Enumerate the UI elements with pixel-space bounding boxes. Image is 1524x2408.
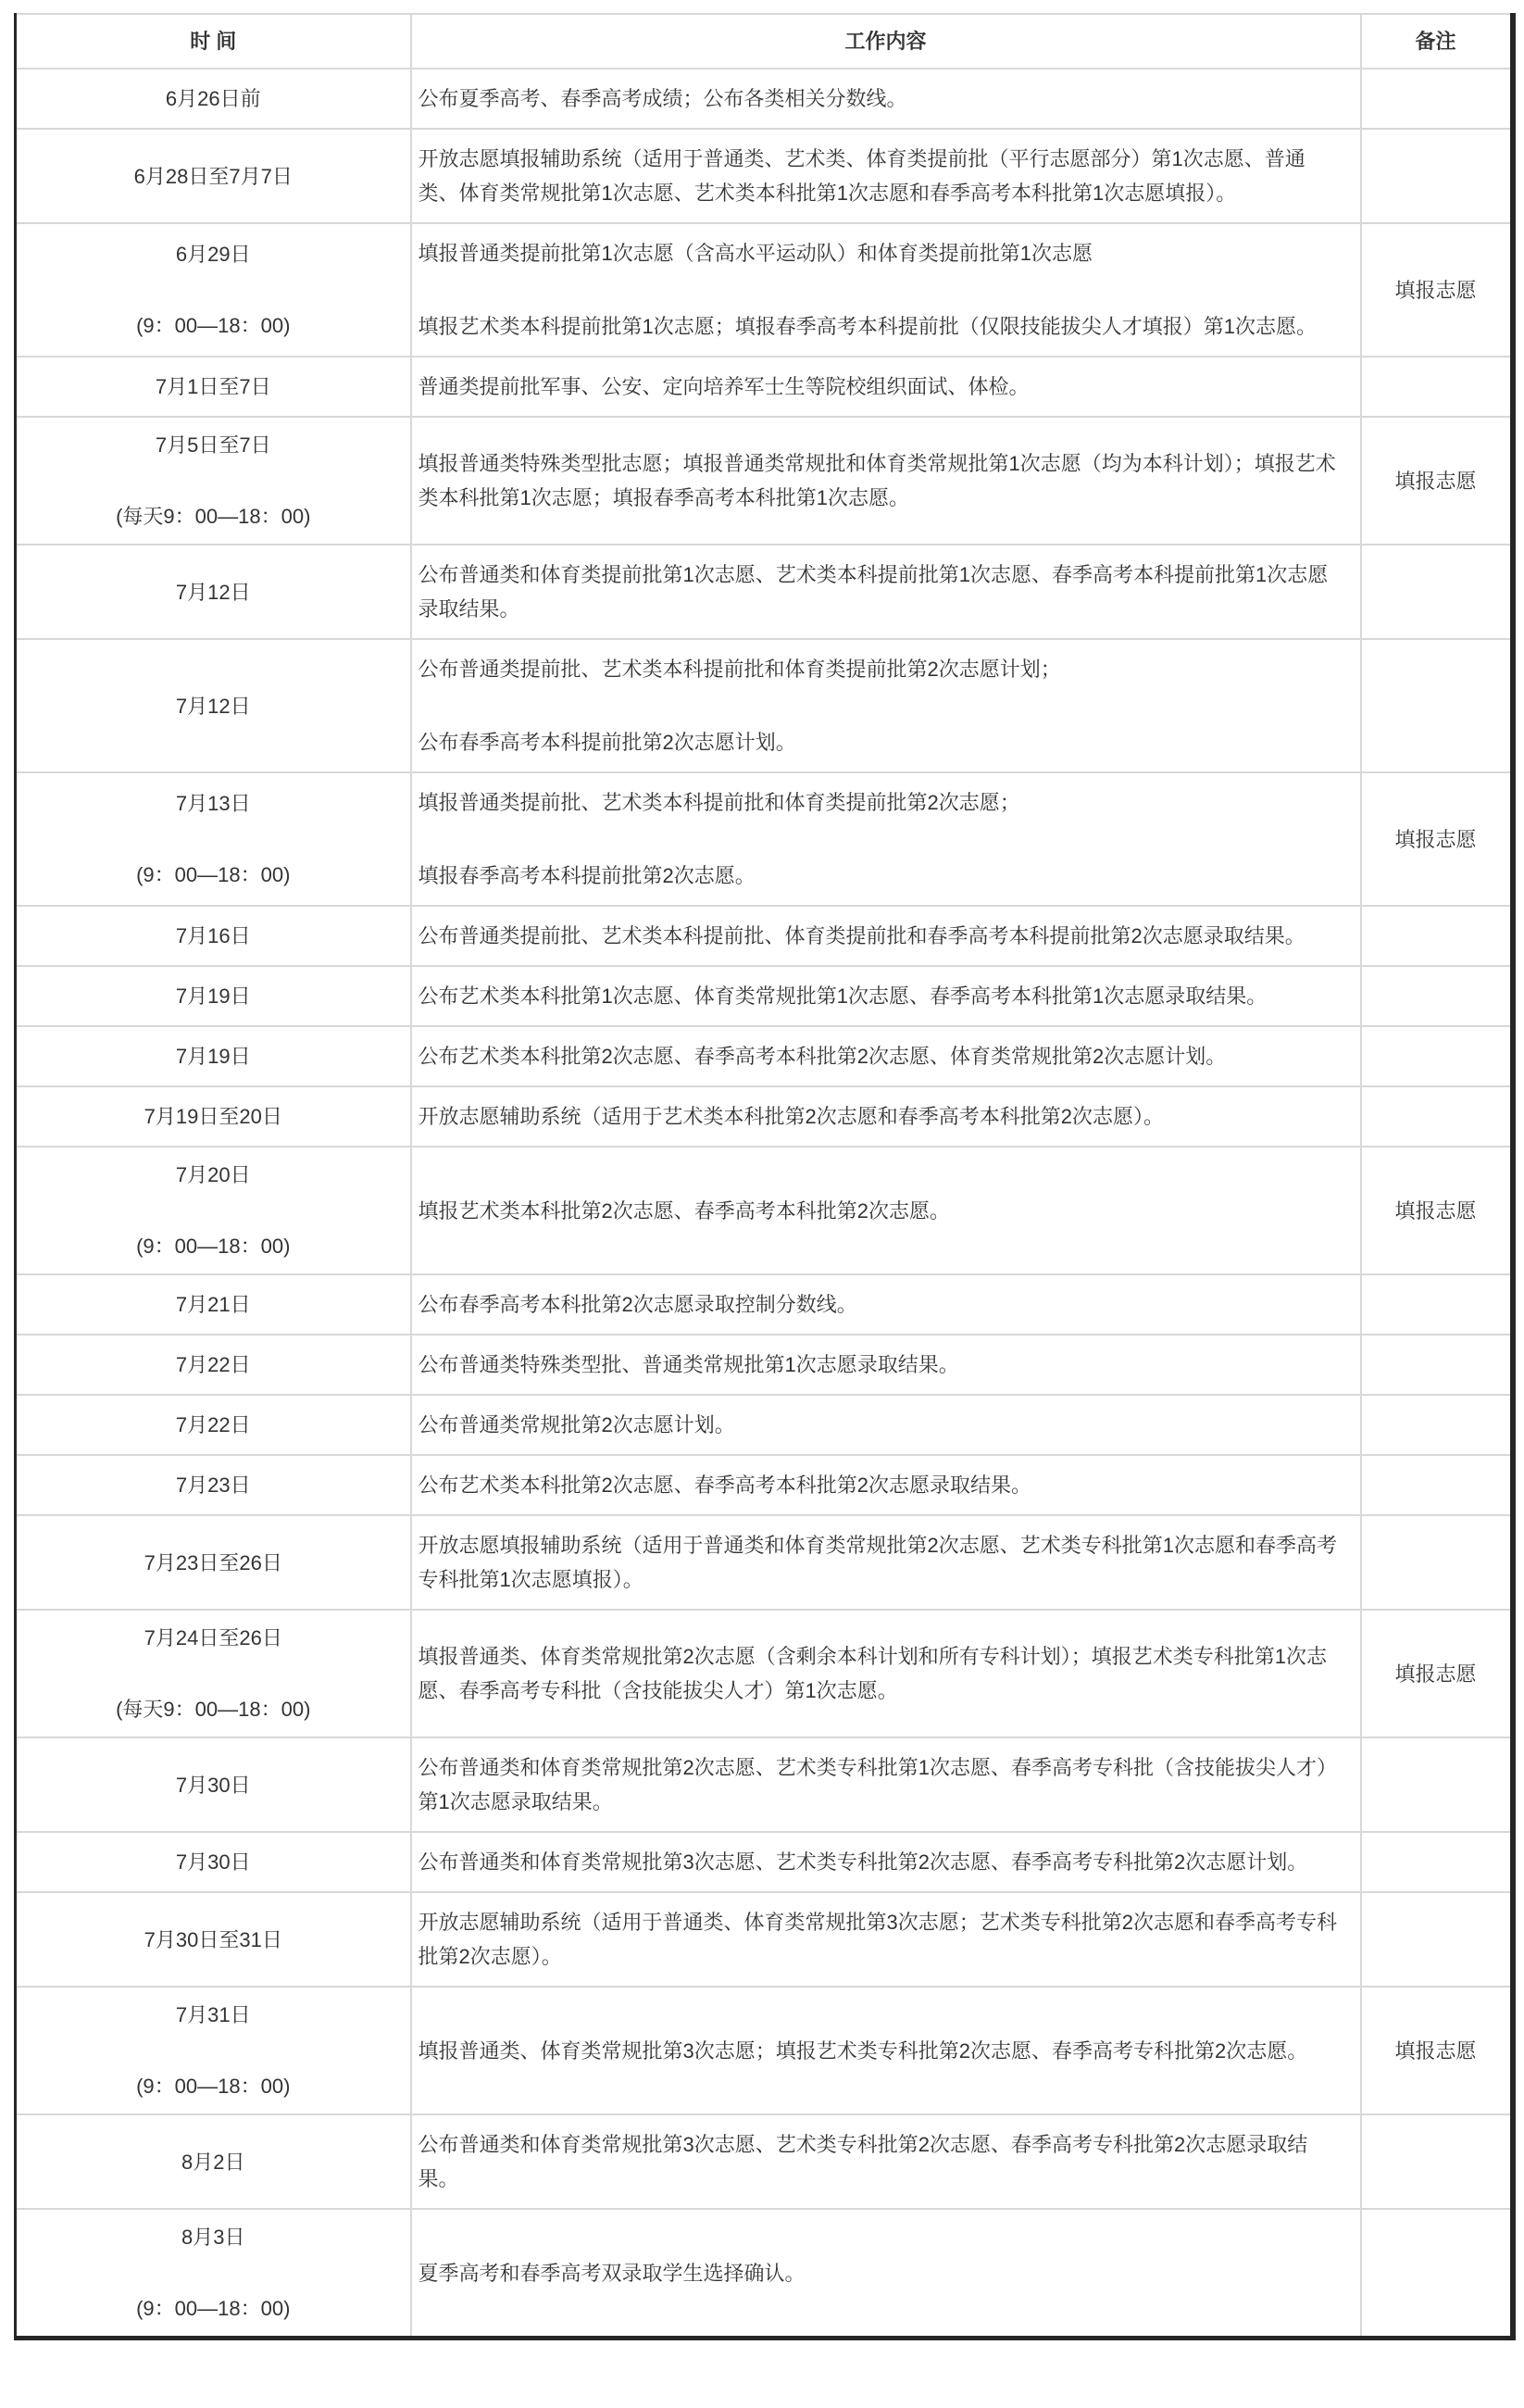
work-content-paragraph: 填报普通类提前批第1次志愿（含高水平运动队）和体育类提前批第1次志愿	[418, 236, 1338, 270]
work-content-cell: 公布普通类和体育类常规批第2次志愿、艺术类专科批第1次志愿、春季高考专科批（含技…	[411, 1737, 1361, 1832]
remark-cell	[1361, 545, 1513, 639]
work-content-paragraph: 公布普通类提前批、艺术类本科提前批和体育类提前批第2次志愿计划；	[418, 652, 1338, 686]
time-cell: 7月22日	[16, 1395, 411, 1455]
remark-cell	[1361, 1455, 1513, 1515]
time-text: 7月22日	[26, 1408, 401, 1442]
time-text: 7月24日至26日	[26, 1621, 401, 1655]
header-content: 工作内容	[411, 14, 1361, 69]
time-text: 7月13日	[26, 786, 401, 821]
time-cell: 7月21日	[16, 1274, 411, 1335]
work-content-paragraph: 填报艺术类本科批第2次志愿、春季高考本科批第2次志愿。	[418, 1194, 1338, 1228]
remark-cell	[1361, 1892, 1513, 1987]
table-row: 6月29日(9：00—18：00)填报普通类提前批第1次志愿（含高水平运动队）和…	[16, 223, 1513, 357]
work-content-cell: 普通类提前批军事、公安、定向培养军士生等院校组织面试、体检。	[411, 357, 1361, 417]
time-cell: 7月30日	[16, 1832, 411, 1892]
work-content-paragraph: 填报普通类特殊类型批志愿；填报普通类常规批和体育类常规批第1次志愿（均为本科计划…	[418, 446, 1338, 515]
time-cell: 7月30日至31日	[16, 1892, 411, 1987]
time-text: 7月16日	[26, 919, 401, 953]
time-cell: 7月20日(9：00—18：00)	[16, 1147, 411, 1274]
remark-text: 填报志愿	[1371, 1657, 1501, 1691]
remark-cell	[1361, 2209, 1513, 2339]
time-cell: 7月31日(9：00—18：00)	[16, 1987, 411, 2114]
work-content-cell: 公布艺术类本科批第2次志愿、春季高考本科批第2次志愿录取结果。	[411, 1455, 1361, 1515]
remark-cell: 填报志愿	[1361, 223, 1513, 357]
time-cell: 7月1日至7日	[16, 357, 411, 417]
work-content-cell: 填报普通类、体育类常规批第3次志愿；填报艺术类专科批第2次志愿、春季高考专科批第…	[411, 1987, 1361, 2114]
time-text: 7月19日	[26, 979, 401, 1013]
remark-cell	[1361, 2114, 1513, 2209]
work-content-cell: 公布艺术类本科批第1次志愿、体育类常规批第1次志愿、春季高考本科批第1次志愿录取…	[411, 966, 1361, 1026]
table-row: 7月13日(9：00—18：00)填报普通类提前批、艺术类本科提前批和体育类提前…	[16, 772, 1513, 906]
time-text: 7月1日至7日	[26, 370, 401, 404]
work-content-paragraph: 公布普通类和体育类提前批第1次志愿、艺术类本科提前批第1次志愿、春季高考本科提前…	[418, 558, 1338, 626]
remark-text: 填报志愿	[1371, 1194, 1501, 1228]
work-content-cell: 公布普通类和体育类提前批第1次志愿、艺术类本科提前批第1次志愿、春季高考本科提前…	[411, 545, 1361, 639]
time-cell: 7月30日	[16, 1737, 411, 1832]
table-row: 7月12日公布普通类提前批、艺术类本科提前批和体育类提前批第2次志愿计划；公布春…	[16, 639, 1513, 772]
work-content-paragraph: 公布普通类和体育类常规批第2次志愿、艺术类专科批第1次志愿、春季高考专科批（含技…	[418, 1750, 1338, 1819]
remark-cell	[1361, 357, 1513, 417]
work-content-paragraph: 开放志愿填报辅助系统（适用于普通类、艺术类、体育类提前批（平行志愿部分）第1次志…	[418, 142, 1338, 210]
time-text: 7月12日	[26, 689, 401, 723]
remark-cell	[1361, 1737, 1513, 1832]
work-content-cell: 夏季高考和春季高考双录取学生选择确认。	[411, 2209, 1361, 2339]
time-text: (9：00—18：00)	[26, 308, 401, 343]
time-text: 7月19日至20日	[26, 1099, 401, 1134]
work-content-paragraph: 填报普通类、体育类常规批第3次志愿；填报艺术类专科批第2次志愿、春季高考专科批第…	[418, 2034, 1338, 2068]
work-content-cell: 公布夏季高考、春季高考成绩；公布各类相关分数线。	[411, 69, 1361, 129]
remark-cell	[1361, 639, 1513, 772]
remark-cell	[1361, 1395, 1513, 1455]
work-content-cell: 开放志愿辅助系统（适用于普通类、体育类常规批第3次志愿；艺术类专科批第2次志愿和…	[411, 1892, 1361, 1987]
table-row: 8月2日公布普通类和体育类常规批第3次志愿、艺术类专科批第2次志愿、春季高考专科…	[16, 2114, 1513, 2209]
remark-cell	[1361, 1832, 1513, 1892]
work-content-paragraph: 公布普通类常规批第2次志愿计划。	[418, 1408, 1338, 1442]
table-row: 7月1日至7日普通类提前批军事、公安、定向培养军士生等院校组织面试、体检。	[16, 357, 1513, 417]
table-row: 7月19日至20日开放志愿辅助系统（适用于艺术类本科批第2次志愿和春季高考本科批…	[16, 1086, 1513, 1147]
remark-text: 填报志愿	[1371, 2034, 1501, 2068]
remark-text: 填报志愿	[1371, 822, 1501, 857]
work-content-cell: 公布普通类提前批、艺术类本科提前批、体育类提前批和春季高考本科提前批第2次志愿录…	[411, 906, 1361, 966]
work-content-paragraph: 填报普通类、体育类常规批第2次志愿（含剩余本科计划和所有专科计划）；填报艺术类专…	[418, 1639, 1338, 1708]
time-text: 7月12日	[26, 575, 401, 609]
work-content-paragraph: 公布艺术类本科批第2次志愿、春季高考本科批第2次志愿、体育类常规批第2次志愿计划…	[418, 1039, 1338, 1073]
work-content-paragraph: 填报艺术类本科提前批第1次志愿；填报春季高考本科提前批（仅限技能拔尖人才填报）第…	[418, 309, 1338, 344]
time-text: 7月22日	[26, 1348, 401, 1382]
work-content-cell: 公布普通类特殊类型批、普通类常规批第1次志愿录取结果。	[411, 1335, 1361, 1395]
remark-cell	[1361, 1515, 1513, 1610]
remark-cell	[1361, 1335, 1513, 1395]
table-row: 7月23日公布艺术类本科批第2次志愿、春季高考本科批第2次志愿录取结果。	[16, 1455, 1513, 1515]
time-text: 6月26日前	[26, 82, 401, 116]
work-content-paragraph: 公布春季高考本科提前批第2次志愿计划。	[418, 725, 1338, 759]
work-content-paragraph: 公布普通类提前批、艺术类本科提前批、体育类提前批和春季高考本科提前批第2次志愿录…	[418, 919, 1338, 953]
work-content-cell: 公布普通类提前批、艺术类本科提前批和体育类提前批第2次志愿计划；公布春季高考本科…	[411, 639, 1361, 772]
time-text: (9：00—18：00)	[26, 1229, 401, 1263]
time-text: (9：00—18：00)	[26, 858, 401, 892]
time-cell: 8月2日	[16, 2114, 411, 2209]
remark-cell: 填报志愿	[1361, 1610, 1513, 1737]
work-content-paragraph: 公布普通类和体育类常规批第3次志愿、艺术类专科批第2次志愿、春季高考专科批第2次…	[418, 2127, 1338, 2196]
time-cell: 7月16日	[16, 906, 411, 966]
work-content-paragraph: 公布普通类和体育类常规批第3次志愿、艺术类专科批第2次志愿、春季高考专科批第2次…	[418, 1845, 1338, 1879]
time-text: 7月31日	[26, 1998, 401, 2032]
time-cell: 6月28日至7月7日	[16, 129, 411, 223]
table-row: 7月30日至31日开放志愿辅助系统（适用于普通类、体育类常规批第3次志愿；艺术类…	[16, 1892, 1513, 1987]
header-remark: 备注	[1361, 14, 1513, 69]
remark-text: 填报志愿	[1371, 273, 1501, 307]
work-content-cell: 公布艺术类本科批第2次志愿、春季高考本科批第2次志愿、体育类常规批第2次志愿计划…	[411, 1026, 1361, 1086]
work-content-cell: 开放志愿填报辅助系统（适用于普通类和体育类常规批第2次志愿、艺术类专科批第1次志…	[411, 1515, 1361, 1610]
remark-cell	[1361, 129, 1513, 223]
work-content-paragraph: 公布夏季高考、春季高考成绩；公布各类相关分数线。	[418, 82, 1338, 116]
work-content-paragraph: 普通类提前批军事、公安、定向培养军士生等院校组织面试、体检。	[418, 370, 1338, 404]
table-row: 7月31日(9：00—18：00)填报普通类、体育类常规批第3次志愿；填报艺术类…	[16, 1987, 1513, 2114]
time-cell: 7月23日	[16, 1455, 411, 1515]
table-row: 7月22日公布普通类特殊类型批、普通类常规批第1次志愿录取结果。	[16, 1335, 1513, 1395]
remark-cell: 填报志愿	[1361, 417, 1513, 545]
time-text: 7月30日	[26, 1768, 401, 1802]
table-row: 7月19日公布艺术类本科批第2次志愿、春季高考本科批第2次志愿、体育类常规批第2…	[16, 1026, 1513, 1086]
table-row: 7月24日至26日(每天9：00—18：00)填报普通类、体育类常规批第2次志愿…	[16, 1610, 1513, 1737]
work-content-paragraph: 公布普通类特殊类型批、普通类常规批第1次志愿录取结果。	[418, 1348, 1338, 1382]
work-content-cell: 填报普通类提前批、艺术类本科提前批和体育类提前批第2次志愿；填报春季高考本科提前…	[411, 772, 1361, 906]
remark-cell	[1361, 1026, 1513, 1086]
time-text: 7月23日	[26, 1468, 401, 1502]
remark-text: 填报志愿	[1371, 464, 1501, 498]
remark-cell	[1361, 966, 1513, 1026]
time-text: 7月23日至26日	[26, 1546, 401, 1580]
table-row: 7月19日公布艺术类本科批第1次志愿、体育类常规批第1次志愿、春季高考本科批第1…	[16, 966, 1513, 1026]
work-content-cell: 公布春季高考本科批第2次志愿录取控制分数线。	[411, 1274, 1361, 1335]
time-cell: 8月3日(9：00—18：00)	[16, 2209, 411, 2339]
table-row: 7月30日公布普通类和体育类常规批第3次志愿、艺术类专科批第2次志愿、春季高考专…	[16, 1832, 1513, 1892]
remark-cell: 填报志愿	[1361, 1147, 1513, 1274]
work-content-cell: 填报普通类特殊类型批志愿；填报普通类常规批和体育类常规批第1次志愿（均为本科计划…	[411, 417, 1361, 545]
work-content-paragraph: 夏季高考和春季高考双录取学生选择确认。	[418, 2256, 1338, 2290]
time-text: 6月29日	[26, 237, 401, 271]
time-text: (每天9：00—18：00)	[26, 1692, 401, 1726]
work-content-paragraph: 填报普通类提前批、艺术类本科提前批和体育类提前批第2次志愿；	[418, 785, 1338, 820]
work-content-paragraph: 公布艺术类本科批第2次志愿、春季高考本科批第2次志愿录取结果。	[418, 1468, 1338, 1502]
remark-cell	[1361, 1274, 1513, 1335]
table-row: 7月22日公布普通类常规批第2次志愿计划。	[16, 1395, 1513, 1455]
time-text: 7月19日	[26, 1039, 401, 1073]
time-cell: 7月23日至26日	[16, 1515, 411, 1610]
time-text: 7月5日至7日	[26, 428, 401, 462]
table-row: 7月21日公布春季高考本科批第2次志愿录取控制分数线。	[16, 1274, 1513, 1335]
time-text: 7月30日	[26, 1845, 401, 1879]
remark-cell: 填报志愿	[1361, 772, 1513, 906]
time-text: 8月2日	[26, 2145, 401, 2179]
work-content-cell: 公布普通类和体育类常规批第3次志愿、艺术类专科批第2次志愿、春季高考专科批第2次…	[411, 2114, 1361, 2209]
header-time: 时 间	[16, 14, 411, 69]
time-text: 7月30日至31日	[26, 1923, 401, 1957]
table-row: 6月26日前公布夏季高考、春季高考成绩；公布各类相关分数线。	[16, 69, 1513, 129]
time-cell: 7月13日(9：00—18：00)	[16, 772, 411, 906]
table-row: 8月3日(9：00—18：00)夏季高考和春季高考双录取学生选择确认。	[16, 2209, 1513, 2339]
work-content-cell: 填报普通类提前批第1次志愿（含高水平运动队）和体育类提前批第1次志愿填报艺术类本…	[411, 223, 1361, 357]
time-text: (9：00—18：00)	[26, 2069, 401, 2103]
remark-cell	[1361, 906, 1513, 966]
work-content-paragraph: 填报春季高考本科提前批第2次志愿。	[418, 859, 1338, 893]
time-text: (每天9：00—18：00)	[26, 499, 401, 533]
time-cell: 7月22日	[16, 1335, 411, 1395]
time-cell: 6月29日(9：00—18：00)	[16, 223, 411, 357]
time-text: 6月28日至7月7日	[26, 159, 401, 194]
schedule-table-wrapper: 时 间 工作内容 备注 6月26日前公布夏季高考、春季高考成绩；公布各类相关分数…	[14, 13, 1511, 2340]
time-cell: 7月12日	[16, 545, 411, 639]
work-content-cell: 开放志愿填报辅助系统（适用于普通类、艺术类、体育类提前批（平行志愿部分）第1次志…	[411, 129, 1361, 223]
time-cell: 7月19日至20日	[16, 1086, 411, 1147]
table-row: 7月12日公布普通类和体育类提前批第1次志愿、艺术类本科提前批第1次志愿、春季高…	[16, 545, 1513, 639]
work-content-paragraph: 公布春季高考本科批第2次志愿录取控制分数线。	[418, 1287, 1338, 1322]
work-content-cell: 公布普通类常规批第2次志愿计划。	[411, 1395, 1361, 1455]
time-cell: 7月24日至26日(每天9：00—18：00)	[16, 1610, 411, 1737]
remark-cell	[1361, 69, 1513, 129]
table-row: 7月30日公布普通类和体育类常规批第2次志愿、艺术类专科批第1次志愿、春季高考专…	[16, 1737, 1513, 1832]
work-content-cell: 填报普通类、体育类常规批第2次志愿（含剩余本科计划和所有专科计划）；填报艺术类专…	[411, 1610, 1361, 1737]
time-text: 7月20日	[26, 1158, 401, 1192]
work-content-cell: 开放志愿辅助系统（适用于艺术类本科批第2次志愿和春季高考本科批第2次志愿）。	[411, 1086, 1361, 1147]
work-content-paragraph: 开放志愿辅助系统（适用于艺术类本科批第2次志愿和春季高考本科批第2次志愿）。	[418, 1099, 1338, 1134]
time-cell: 7月19日	[16, 966, 411, 1026]
time-cell: 6月26日前	[16, 69, 411, 129]
schedule-table: 时 间 工作内容 备注 6月26日前公布夏季高考、春季高考成绩；公布各类相关分数…	[14, 13, 1516, 2340]
table-row: 7月23日至26日开放志愿填报辅助系统（适用于普通类和体育类常规批第2次志愿、艺…	[16, 1515, 1513, 1610]
table-row: 7月5日至7日(每天9：00—18：00)填报普通类特殊类型批志愿；填报普通类常…	[16, 417, 1513, 545]
table-row: 6月28日至7月7日开放志愿填报辅助系统（适用于普通类、艺术类、体育类提前批（平…	[16, 129, 1513, 223]
table-row: 7月20日(9：00—18：00)填报艺术类本科批第2次志愿、春季高考本科批第2…	[16, 1147, 1513, 1274]
time-text: 7月21日	[26, 1287, 401, 1322]
work-content-paragraph: 开放志愿辅助系统（适用于普通类、体育类常规批第3次志愿；艺术类专科批第2次志愿和…	[418, 1905, 1338, 1974]
work-content-cell: 公布普通类和体育类常规批第3次志愿、艺术类专科批第2次志愿、春季高考专科批第2次…	[411, 1832, 1361, 1892]
header-row: 时 间 工作内容 备注	[16, 14, 1513, 69]
time-text: 8月3日	[26, 2220, 401, 2254]
work-content-paragraph: 公布艺术类本科批第1次志愿、体育类常规批第1次志愿、春季高考本科批第1次志愿录取…	[418, 979, 1338, 1013]
time-cell: 7月5日至7日(每天9：00—18：00)	[16, 417, 411, 545]
remark-cell	[1361, 1086, 1513, 1147]
work-content-paragraph: 开放志愿填报辅助系统（适用于普通类和体育类常规批第2次志愿、艺术类专科批第1次志…	[418, 1528, 1338, 1597]
table-row: 7月16日公布普通类提前批、艺术类本科提前批、体育类提前批和春季高考本科提前批第…	[16, 906, 1513, 966]
time-cell: 7月19日	[16, 1026, 411, 1086]
remark-cell: 填报志愿	[1361, 1987, 1513, 2114]
time-cell: 7月12日	[16, 639, 411, 772]
time-text: (9：00—18：00)	[26, 2291, 401, 2326]
work-content-cell: 填报艺术类本科批第2次志愿、春季高考本科批第2次志愿。	[411, 1147, 1361, 1274]
